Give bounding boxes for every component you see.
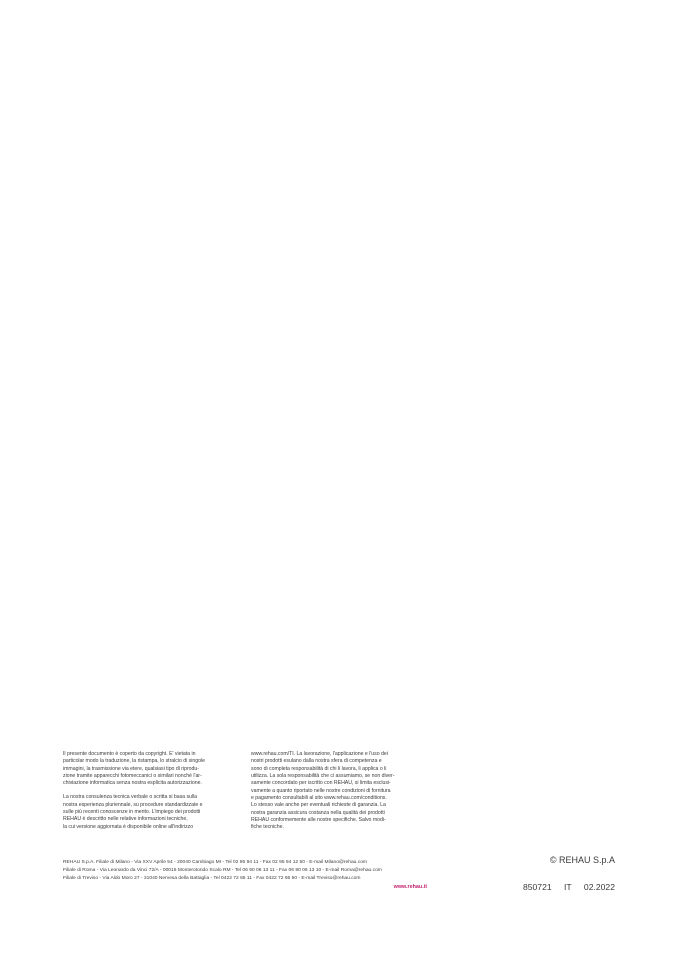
text-line: sono di completa responsabilità di chi l… — [251, 766, 433, 773]
text-line: nostra garanzia assicura costanza nella … — [251, 810, 433, 817]
document-date: 02.2022 — [584, 882, 615, 892]
text-line: nostri prodotti esulano dalla nostra sfe… — [251, 758, 433, 765]
website-link[interactable]: www.rehau.it — [394, 884, 427, 890]
text-line: chiviazione informatica senza nostra esp… — [63, 780, 245, 787]
document-language: IT — [564, 882, 571, 892]
text-line: particolar modo la traduzione, la ristam… — [63, 758, 245, 765]
legal-text-left-column: Il presente documento è coperto da copyr… — [63, 751, 245, 831]
text-line: Lo stesso vale anche per eventuali richi… — [251, 802, 433, 809]
text-line: vamente a quanto riportato nelle nostre … — [251, 788, 433, 795]
text-line: utilizza. La sola responsabilità che ci … — [251, 773, 433, 780]
text-line: www.rehau.com/TI. La lavorazione, l'appl… — [251, 751, 433, 758]
text-line: La nostra consulenza tecnica verbale o s… — [63, 794, 245, 801]
text-line: la cui versione aggiornata è disponibile… — [63, 824, 245, 831]
technical-advice-paragraph: La nostra consulenza tecnica verbale o s… — [63, 794, 245, 831]
text-line: zione tramite apparecchi fotomeccanici o… — [63, 773, 245, 780]
copyright-notice-paragraph: Il presente documento è coperto da copyr… — [63, 751, 245, 788]
text-line: REHAU è descritto nelle relative informa… — [63, 816, 245, 823]
text-line: REHAU conformemente alle nostre specific… — [251, 817, 433, 824]
text-line: nostra esperienza pluriennale, su proced… — [63, 802, 245, 809]
back-cover-page: Il presente documento è coperto da copyr… — [0, 0, 678, 959]
text-line: samente concordato per iscritto con REHA… — [251, 780, 433, 787]
text-line: sulle più recenti conoscenze in merito. … — [63, 809, 245, 816]
copyright-label: © REHAU S.p.A — [550, 855, 615, 865]
address-treviso: Filiale di Treviso - Via Aldo Moro 27 - … — [63, 875, 428, 883]
text-line: fiche tecniche. — [251, 824, 433, 831]
text-line: e pagamento consultabili al sito www.reh… — [251, 795, 433, 802]
text-line: Il presente documento è coperto da copyr… — [63, 751, 245, 758]
legal-text-right-column: www.rehau.com/TI. La lavorazione, l'appl… — [251, 751, 433, 832]
text-line: immagini, la trasmissione via etere, qua… — [63, 766, 245, 773]
address-milano: REHAU S.p.A. Filiale di Milano - Via XXV… — [63, 859, 428, 867]
document-number: 850721 — [523, 882, 552, 892]
branch-addresses: REHAU S.p.A. Filiale di Milano - Via XXV… — [63, 859, 428, 883]
address-roma: Filiale di Roma - Via Leonardo da Vinci … — [63, 867, 428, 875]
document-code: 850721 IT 02.2022 — [523, 882, 615, 892]
